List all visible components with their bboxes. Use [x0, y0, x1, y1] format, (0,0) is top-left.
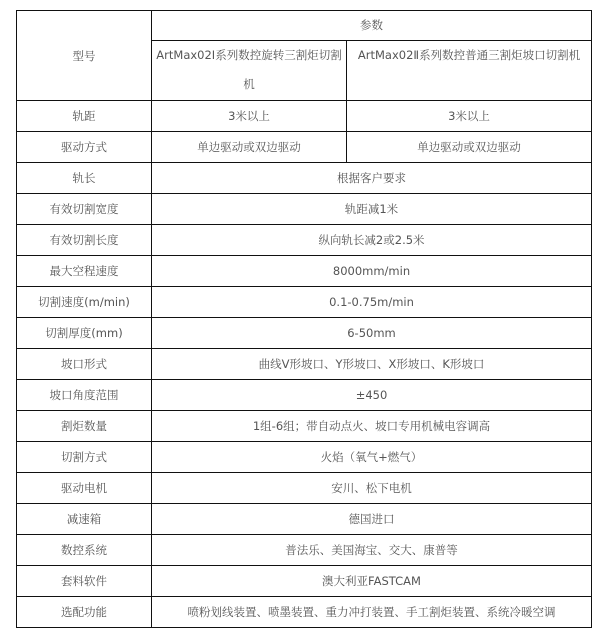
model-header: 型号: [17, 11, 152, 101]
table-row: 有效切割宽度 轨距减1米: [17, 194, 592, 225]
table-row: 驱动电机 安川、松下电机: [17, 473, 592, 504]
row-value: 单边驱动或双边驱动: [152, 132, 347, 163]
row-label: 坡口角度范围: [17, 380, 152, 411]
row-label: 切割方式: [17, 442, 152, 473]
row-value: 轨距减1米: [152, 194, 592, 225]
table-row: 驱动方式 单边驱动或双边驱动 单边驱动或双边驱动: [17, 132, 592, 163]
row-label: 切割厚度(mm): [17, 318, 152, 349]
row-value: 单边驱动或双边驱动: [347, 132, 592, 163]
model-name-1: ArtMax02Ⅰ系列数控旋转三割炬切割机: [152, 41, 347, 101]
row-label: 有效切割长度: [17, 225, 152, 256]
row-value: 0.1-0.75m/min: [152, 287, 592, 318]
table-row: 割炬数量 1组-6组；带自动点火、坡口专用机械电容调高: [17, 411, 592, 442]
row-value: 曲线V形坡口、Y形坡口、X形坡口、K形坡口: [152, 349, 592, 380]
row-value: 普法乐、美国海宝、交大、康普等: [152, 535, 592, 566]
table-row: 轨长 根据客户要求: [17, 163, 592, 194]
params-header: 参数: [152, 11, 592, 41]
row-label: 减速箱: [17, 504, 152, 535]
row-value: 喷粉划线装置、喷墨装置、重力冲打装置、手工割炬装置、系统冷暖空调: [152, 597, 592, 628]
row-value: 3米以上: [347, 101, 592, 132]
row-value: 3米以上: [152, 101, 347, 132]
row-value: 8000mm/min: [152, 256, 592, 287]
spec-table: 型号 参数 ArtMax02Ⅰ系列数控旋转三割炬切割机 ArtMax02Ⅱ系列数…: [16, 10, 592, 628]
table-row: 数控系统 普法乐、美国海宝、交大、康普等: [17, 535, 592, 566]
row-label: 选配功能: [17, 597, 152, 628]
model-name-2: ArtMax02Ⅱ系列数控普通三割炬坡口切割机: [347, 41, 592, 101]
table-row: 切割速度(m/min) 0.1-0.75m/min: [17, 287, 592, 318]
table-row: 切割方式 火焰（氧气+燃气）: [17, 442, 592, 473]
row-label: 驱动方式: [17, 132, 152, 163]
table-row: 切割厚度(mm) 6-50mm: [17, 318, 592, 349]
row-label: 切割速度(m/min): [17, 287, 152, 318]
row-label: 数控系统: [17, 535, 152, 566]
table-row: 套料软件 澳大利亚FASTCAM: [17, 566, 592, 597]
row-label: 驱动电机: [17, 473, 152, 504]
row-label: 坡口形式: [17, 349, 152, 380]
row-value: 德国进口: [152, 504, 592, 535]
table-row: 最大空程速度 8000mm/min: [17, 256, 592, 287]
row-value: 澳大利亚FASTCAM: [152, 566, 592, 597]
row-value: 安川、松下电机: [152, 473, 592, 504]
row-label: 轨距: [17, 101, 152, 132]
table-row: 坡口角度范围 ±450: [17, 380, 592, 411]
row-label: 轨长: [17, 163, 152, 194]
row-value: 1组-6组；带自动点火、坡口专用机械电容调高: [152, 411, 592, 442]
row-value: 6-50mm: [152, 318, 592, 349]
row-label: 最大空程速度: [17, 256, 152, 287]
table-row: 轨距 3米以上 3米以上: [17, 101, 592, 132]
row-value: 根据客户要求: [152, 163, 592, 194]
table-row: 有效切割长度 纵向轨长减2或2.5米: [17, 225, 592, 256]
row-label: 有效切割宽度: [17, 194, 152, 225]
row-label: 套料软件: [17, 566, 152, 597]
row-value: ±450: [152, 380, 592, 411]
table-row: 选配功能 喷粉划线装置、喷墨装置、重力冲打装置、手工割炬装置、系统冷暖空调: [17, 597, 592, 628]
row-value: 火焰（氧气+燃气）: [152, 442, 592, 473]
row-value: 纵向轨长减2或2.5米: [152, 225, 592, 256]
table-row: 减速箱 德国进口: [17, 504, 592, 535]
header-row: 型号 参数: [17, 11, 592, 41]
row-label: 割炬数量: [17, 411, 152, 442]
table-row: 坡口形式 曲线V形坡口、Y形坡口、X形坡口、K形坡口: [17, 349, 592, 380]
